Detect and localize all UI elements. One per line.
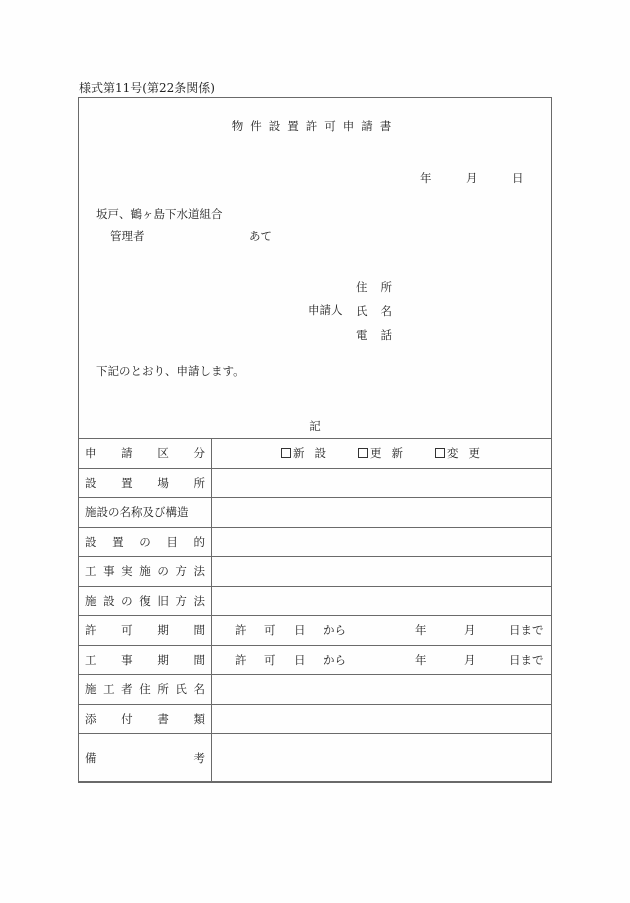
label-char: 書 bbox=[157, 711, 169, 727]
option-label: 更新 bbox=[370, 445, 413, 461]
label-char: 工 bbox=[85, 652, 97, 668]
label-char: 場 bbox=[157, 475, 169, 491]
label-char: 申 bbox=[85, 445, 97, 461]
period-year: 年 bbox=[415, 622, 427, 638]
label-char: 事 bbox=[103, 563, 115, 579]
period-kara: から bbox=[323, 652, 346, 668]
label-char: 工 bbox=[85, 563, 97, 579]
construction-period-label: 工事期間 bbox=[79, 645, 212, 675]
label-char: 事 bbox=[121, 652, 133, 668]
applicant-phone-label: 電話 bbox=[356, 327, 405, 343]
period-ka: 可 bbox=[264, 622, 276, 638]
label-char: の bbox=[157, 563, 169, 579]
label-char: 方 bbox=[175, 563, 187, 579]
label-char: 分 bbox=[193, 445, 205, 461]
applicant-address-label: 住所 bbox=[356, 279, 405, 295]
application-form: 物件設置許可申請書 年 月 日 坂戸、鶴ヶ島下水道組合 管理者 あて 申請人 住… bbox=[78, 97, 552, 782]
label-char: 許 bbox=[85, 622, 97, 638]
label-char: 旧 bbox=[157, 593, 169, 609]
table-row-installation-location: 設置場所 bbox=[79, 468, 552, 498]
label-char: 所 bbox=[157, 681, 169, 697]
recipient-suffix: あて bbox=[249, 228, 272, 244]
construction-period-field[interactable]: 許可日から年月日まで bbox=[212, 645, 552, 675]
label-char: 所 bbox=[193, 475, 205, 491]
label-char: 復 bbox=[139, 593, 151, 609]
checkbox-icon[interactable] bbox=[358, 448, 368, 458]
installation-location-field[interactable] bbox=[212, 468, 552, 498]
application-details-table: 申請区分新設更新変更設置場所施設の名称及び構造設置の目的工事実施の方法施設の復旧… bbox=[78, 438, 552, 783]
label-char: 設 bbox=[85, 534, 97, 550]
checkbox-icon[interactable] bbox=[435, 448, 445, 458]
label-char: 付 bbox=[121, 711, 133, 727]
label-char: 施 bbox=[139, 563, 151, 579]
label-char: 法 bbox=[193, 593, 205, 609]
ki-heading: 記 bbox=[79, 418, 551, 434]
label-char: 名 bbox=[193, 681, 205, 697]
table-row-contractor-address-name: 施工者住所氏名 bbox=[79, 675, 552, 705]
table-row-construction-period: 工事期間許可日から年月日まで bbox=[79, 645, 552, 675]
label-char: 者 bbox=[121, 681, 133, 697]
contractor-address-name-label: 施工者住所氏名 bbox=[79, 675, 212, 705]
period-until: 日まで bbox=[509, 652, 544, 668]
label-char: 方 bbox=[175, 593, 187, 609]
table-row-permit-period: 許可期間許可日から年月日まで bbox=[79, 616, 552, 646]
label-char: 間 bbox=[193, 652, 205, 668]
label-char: の bbox=[121, 593, 133, 609]
period-hi: 日 bbox=[294, 622, 306, 638]
label-char: 期 bbox=[157, 652, 169, 668]
label-char: 目 bbox=[166, 534, 178, 550]
period-ka: 可 bbox=[264, 652, 276, 668]
label-char: 工 bbox=[103, 681, 115, 697]
facility-restoration-method-label: 施設の復旧方法 bbox=[79, 586, 212, 616]
contractor-address-name-field[interactable] bbox=[212, 675, 552, 705]
table-row-application-type: 申請区分新設更新変更 bbox=[79, 439, 552, 469]
label-char: 設 bbox=[103, 593, 115, 609]
label-char: 類 bbox=[193, 711, 205, 727]
installation-purpose-field[interactable] bbox=[212, 527, 552, 557]
label-char: 施 bbox=[85, 593, 97, 609]
period-until: 日まで bbox=[509, 622, 544, 638]
label-char: 置 bbox=[121, 475, 133, 491]
recipient-role: 管理者 bbox=[110, 228, 145, 244]
recipient-organization: 坂戸、鶴ヶ島下水道組合 bbox=[96, 206, 223, 222]
facility-name-structure-label: 施設の名称及び構造 bbox=[79, 498, 212, 528]
period-month: 月 bbox=[464, 622, 476, 638]
label-char: 実 bbox=[121, 563, 133, 579]
attached-documents-label: 添付書類 bbox=[79, 704, 212, 734]
period-hi: 日 bbox=[294, 652, 306, 668]
label-char: 住 bbox=[139, 681, 151, 697]
application-type-field[interactable]: 新設更新変更 bbox=[212, 439, 552, 469]
date-day: 日 bbox=[512, 170, 524, 186]
label-char: 置 bbox=[112, 534, 124, 550]
label-char: 備 bbox=[85, 750, 97, 766]
applicant-label: 申請人 bbox=[308, 302, 343, 318]
permit-period-field[interactable]: 許可日から年月日まで bbox=[212, 616, 552, 646]
installation-purpose-label: 設置の目的 bbox=[79, 527, 212, 557]
permit-period-label: 許可期間 bbox=[79, 616, 212, 646]
installation-location-label: 設置場所 bbox=[79, 468, 212, 498]
construction-method-label: 工事実施の方法 bbox=[79, 557, 212, 587]
option-new[interactable]: 新設 bbox=[281, 445, 336, 461]
label-char: 考 bbox=[194, 750, 206, 766]
date-month: 月 bbox=[466, 170, 478, 186]
form-number: 様式第11号(第22条関係) bbox=[79, 79, 215, 96]
label-char: 期 bbox=[157, 622, 169, 638]
label-char: の bbox=[139, 534, 151, 550]
table-row-installation-purpose: 設置の目的 bbox=[79, 527, 552, 557]
label-char: 間 bbox=[193, 622, 205, 638]
option-renewal[interactable]: 更新 bbox=[358, 445, 413, 461]
facility-name-structure-field[interactable] bbox=[212, 498, 552, 528]
facility-restoration-method-field[interactable] bbox=[212, 586, 552, 616]
table-row-facility-name-structure: 施設の名称及び構造 bbox=[79, 498, 552, 528]
table-row-attached-documents: 添付書類 bbox=[79, 704, 552, 734]
label-char: 氏 bbox=[175, 681, 187, 697]
table-row-construction-method: 工事実施の方法 bbox=[79, 557, 552, 587]
applicant-name-label: 氏名 bbox=[356, 303, 405, 319]
remarks-label: 備考 bbox=[79, 734, 212, 783]
period-kyo: 許 bbox=[235, 622, 247, 638]
period-kara: から bbox=[323, 622, 346, 638]
table-row-facility-restoration-method: 施設の復旧方法 bbox=[79, 586, 552, 616]
attached-documents-field[interactable] bbox=[212, 704, 552, 734]
label-char: 区 bbox=[157, 445, 169, 461]
label-char: 添 bbox=[85, 711, 97, 727]
option-label: 新設 bbox=[293, 445, 336, 461]
label-char: 施設の名称及び構造 bbox=[85, 504, 189, 520]
label-char: 可 bbox=[121, 622, 133, 638]
application-type-label: 申請区分 bbox=[79, 439, 212, 469]
construction-method-field[interactable] bbox=[212, 557, 552, 587]
period-kyo: 許 bbox=[235, 652, 247, 668]
label-char: 的 bbox=[194, 534, 206, 550]
checkbox-icon[interactable] bbox=[281, 448, 291, 458]
table-row-remarks: 備考 bbox=[79, 734, 552, 783]
intro-text: 下記のとおり、申請します。 bbox=[96, 363, 245, 379]
remarks-field[interactable] bbox=[212, 734, 552, 783]
period-year: 年 bbox=[415, 652, 427, 668]
label-char: 法 bbox=[193, 563, 205, 579]
document-title: 物件設置許可申請書 bbox=[79, 118, 551, 134]
option-label: 変更 bbox=[447, 445, 490, 461]
date-year: 年 bbox=[420, 170, 432, 186]
period-month: 月 bbox=[464, 652, 476, 668]
label-char: 設 bbox=[85, 475, 97, 491]
label-char: 施 bbox=[85, 681, 97, 697]
label-char: 請 bbox=[121, 445, 133, 461]
option-change[interactable]: 変更 bbox=[435, 445, 490, 461]
